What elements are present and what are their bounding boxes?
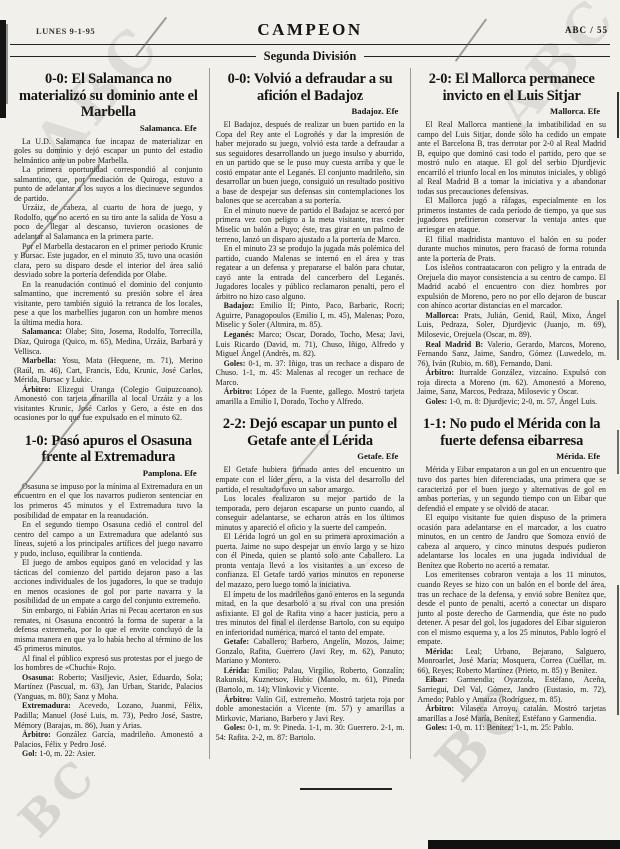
detail-label: Goles: xyxy=(425,397,449,406)
match-detail-paragraph: Salamanca: Olabe; Sito, Josema, Rodolfo,… xyxy=(14,327,203,356)
match-detail-paragraph: Goles: 1-0, m. 8: Djurdjevic; 2-0, m. 57… xyxy=(417,397,606,407)
page-number: ABC / 55 xyxy=(565,25,608,35)
article-byline: Pamplona. Efe xyxy=(14,468,197,478)
match-detail-paragraph: Real Madrid B: Valerio, Gerardo, Marcos,… xyxy=(417,340,606,369)
article-headline: 2-2: Dejó escapar un punto el Getafe ant… xyxy=(216,416,405,449)
body-paragraph: El Lérida logró un gol en su primera apr… xyxy=(216,532,405,589)
match-detail-paragraph: Goles: 0-1, m. 9: Pineda. 1-1, m. 30: Gu… xyxy=(216,723,405,742)
match-detail-paragraph: Marbella: Yosu, Mata (Hequene, m. 71), M… xyxy=(14,356,203,385)
article-osasuna-extremadura: 1-0: Pasó apuros el Osasuna frente al Ex… xyxy=(14,433,203,759)
section-divider: Segunda División xyxy=(10,49,610,64)
body-paragraph: El Real Mallorca mantiene la imbatibilid… xyxy=(417,120,606,196)
detail-label: Árbitro: xyxy=(22,730,56,739)
body-paragraph: Los emeritenses cobraron ventaja a los 1… xyxy=(417,570,606,646)
body-paragraph: En la reanudación continuó el dominio de… xyxy=(14,280,203,328)
article-byline: Salamanca. Efe xyxy=(14,123,197,133)
divider-line-left xyxy=(10,56,256,57)
article-body: El Getafe hubiera firmado antes del encu… xyxy=(216,465,405,742)
detail-label: Árbitro: xyxy=(425,704,460,713)
article-byline: Getafe. Efe xyxy=(216,451,399,461)
article-headline: 1-0: Pasó apuros el Osasuna frente al Ex… xyxy=(14,433,203,466)
abc-watermark: BC xyxy=(8,746,108,847)
detail-label: Mérida: xyxy=(425,647,465,656)
detail-label: Goles: xyxy=(224,723,248,732)
detail-label: Real Madrid B: xyxy=(425,340,487,349)
match-detail-paragraph: Árbitro: González García, madrileño. Amo… xyxy=(14,730,203,749)
article-body: El Real Mallorca mantiene la imbatibilid… xyxy=(417,120,606,406)
detail-label: Badajoz: xyxy=(224,301,260,310)
detail-label: Árbitro: xyxy=(22,385,57,394)
body-paragraph: El Getafe hubiera firmado antes del encu… xyxy=(216,465,405,494)
detail-label: Árbitro: xyxy=(224,387,256,396)
detail-label: Eibar: xyxy=(425,675,457,684)
body-paragraph: En el minuto 23 se produjo la jugada más… xyxy=(216,244,405,301)
column-2: 0-0: Volvió a defraudar a su afición el … xyxy=(209,68,411,759)
body-paragraph: El equipo visitante fue quien dispuso de… xyxy=(417,513,606,570)
body-paragraph: La U.D. Salamanca fue incapaz de materia… xyxy=(14,137,203,166)
body-paragraph: La primera oportunidad correspondió al c… xyxy=(14,165,203,203)
article-headline: 1-1: No pudo el Mérida con la fuerte def… xyxy=(417,416,606,449)
match-detail-paragraph: Extremadura: Acevedo, Lozano, Juanmi, Fé… xyxy=(14,701,203,730)
divider-line-right xyxy=(364,56,610,57)
article-badajoz-leganes: 0-0: Volvió a defraudar a su afición el … xyxy=(216,71,405,406)
body-paragraph: Sin embargo, ni Fabián Arias ni Pecau ac… xyxy=(14,606,203,654)
body-paragraph: El Mallorca jugó a ráfagas, especialment… xyxy=(417,196,606,234)
match-detail-paragraph: Eibar: Garmendia; Oyarzola, Estéfano, Ac… xyxy=(417,675,606,704)
body-paragraph: El ímpetu de los madrileños ganó enteros… xyxy=(216,590,405,638)
detail-label: Marbella: xyxy=(22,356,62,365)
article-headline: 0-0: Volvió a defraudar a su afición el … xyxy=(216,71,405,104)
body-paragraph: Al final el público expresó sus protesta… xyxy=(14,654,203,673)
match-detail-paragraph: Leganés: Marco; Oscar, Dorado, Tocho, Me… xyxy=(216,330,405,359)
body-paragraph: En el segundo tiempo Osasuna cedió el co… xyxy=(14,520,203,558)
article-body: Mérida y Eibar empataron a un gol en un … xyxy=(417,465,606,732)
match-detail-paragraph: Mallorca: Prats, Julián, Genid, Raúl, Mi… xyxy=(417,311,606,340)
article-merida-eibar: 1-1: No pudo el Mérida con la fuerte def… xyxy=(417,416,606,732)
article-headline: 2-0: El Mallorca permanece invicto en el… xyxy=(417,71,606,104)
body-paragraph: En el minuto nueve de partido el Badajoz… xyxy=(216,206,405,244)
section-title: Segunda División xyxy=(264,49,357,64)
article-body: La U.D. Salamanca fue incapaz de materia… xyxy=(14,137,203,423)
body-paragraph: El filial madridista mantuvo el balón en… xyxy=(417,235,606,264)
body-paragraph: El juego de ambos equipos ganó en veloci… xyxy=(14,558,203,606)
match-detail-paragraph: Lérida: Emilio; Palau, Virgilio, Roberto… xyxy=(216,666,405,695)
article-mallorca-realmadridb: 2-0: El Mallorca permanece invicto en el… xyxy=(417,71,606,406)
match-detail-paragraph: Goles: 1-0, m. 11: Benítez; 1-1, m. 25: … xyxy=(417,723,606,733)
article-body: El Badajoz, después de realizar un buen … xyxy=(216,120,405,406)
match-detail-paragraph: Árbitro: Elizegui Uranga (Colegio Guipuz… xyxy=(14,385,203,423)
body-paragraph: Los locales realizaron su mejor partido … xyxy=(216,494,405,532)
match-detail-paragraph: Osasuna: Roberto; Vasiljevic, Asier, Edu… xyxy=(14,673,203,702)
column-3: 2-0: El Mallorca permanece invicto en el… xyxy=(410,68,612,759)
detail-label: Leganés: xyxy=(224,330,259,339)
body-paragraph: Urzáiz, de cabeza, al cuarto de hora de … xyxy=(14,203,203,241)
columns: 0-0: El Salamanca no materializó su domi… xyxy=(0,66,620,759)
match-detail-paragraph: Mérida: Leal; Urbano, Bejarano, Salguero… xyxy=(417,647,606,676)
article-salamanca-marbella: 0-0: El Salamanca no materializó su domi… xyxy=(14,71,203,423)
detail-label: Getafe: xyxy=(224,637,254,646)
article-body: Osasuna se impuso por la mínima al Extre… xyxy=(14,482,203,759)
article-byline: Badajoz. Efe xyxy=(216,106,399,116)
scan-bottom-bar xyxy=(428,840,620,849)
match-detail-paragraph: Badajoz: Emilio II; Pinto, Paco, Barbari… xyxy=(216,301,405,330)
detail-label: Osasuna: xyxy=(22,673,59,682)
article-byline: Mallorca. Efe xyxy=(417,106,600,116)
detail-label: Árbitro: xyxy=(425,368,459,377)
match-detail-paragraph: Goles: 0-1, m. 37: Iñigo, tras un rechac… xyxy=(216,359,405,388)
detail-label: Árbitro: xyxy=(224,695,256,704)
match-detail-paragraph: Gol: 1-0, m. 22: Asier. xyxy=(14,749,203,759)
detail-label: Goles: xyxy=(224,359,249,368)
detail-label: Extremadura: xyxy=(22,701,79,710)
body-paragraph: Osasuna se impuso por la mínima al Extre… xyxy=(14,482,203,520)
match-detail-paragraph: Árbitro: Valín Gil, extremeño. Mostró ta… xyxy=(216,695,405,724)
masthead-campeon: CAMPEON xyxy=(0,20,620,40)
match-detail-paragraph: Getafe: Caballero; Barbero, Angelín, Moz… xyxy=(216,637,405,666)
match-detail-paragraph: Árbitro: Vilaseca Arroyo, catalán. Mostr… xyxy=(417,704,606,723)
body-paragraph: El Badajoz, después de realizar un buen … xyxy=(216,120,405,206)
page-header: LUNES 9-1-95 CAMPEON ABC / 55 xyxy=(0,20,620,42)
article-getafe-lerida: 2-2: Dejó escapar un punto el Getafe ant… xyxy=(216,416,405,742)
newspaper-page: ABC ABC BC BC ABC LUNES 9-1-95 CAMPEON A… xyxy=(0,0,620,849)
body-paragraph: Los isleños contraatacaron con peligro y… xyxy=(417,263,606,311)
body-paragraph: Por el Marbella destacaron en el primer … xyxy=(14,242,203,280)
article-end-rule xyxy=(300,788,392,790)
match-detail-paragraph: Árbitro: Iturralde González, vizcaíno. E… xyxy=(417,368,606,397)
detail-label: Mallorca: xyxy=(425,311,464,320)
match-detail-paragraph: Árbitro: López de la Fuente, gallego. Mo… xyxy=(216,387,405,406)
article-headline: 0-0: El Salamanca no materializó su domi… xyxy=(14,71,203,121)
column-1: 0-0: El Salamanca no materializó su domi… xyxy=(8,68,209,759)
detail-label: Lérida: xyxy=(224,666,255,675)
detail-label: Goles: xyxy=(425,723,449,732)
detail-label: Gol: xyxy=(22,749,39,758)
body-paragraph: Mérida y Eibar empataron a un gol en un … xyxy=(417,465,606,513)
header-rule xyxy=(10,44,610,45)
article-byline: Mérida. Efe xyxy=(417,451,600,461)
detail-label: Salamanca: xyxy=(22,327,66,336)
